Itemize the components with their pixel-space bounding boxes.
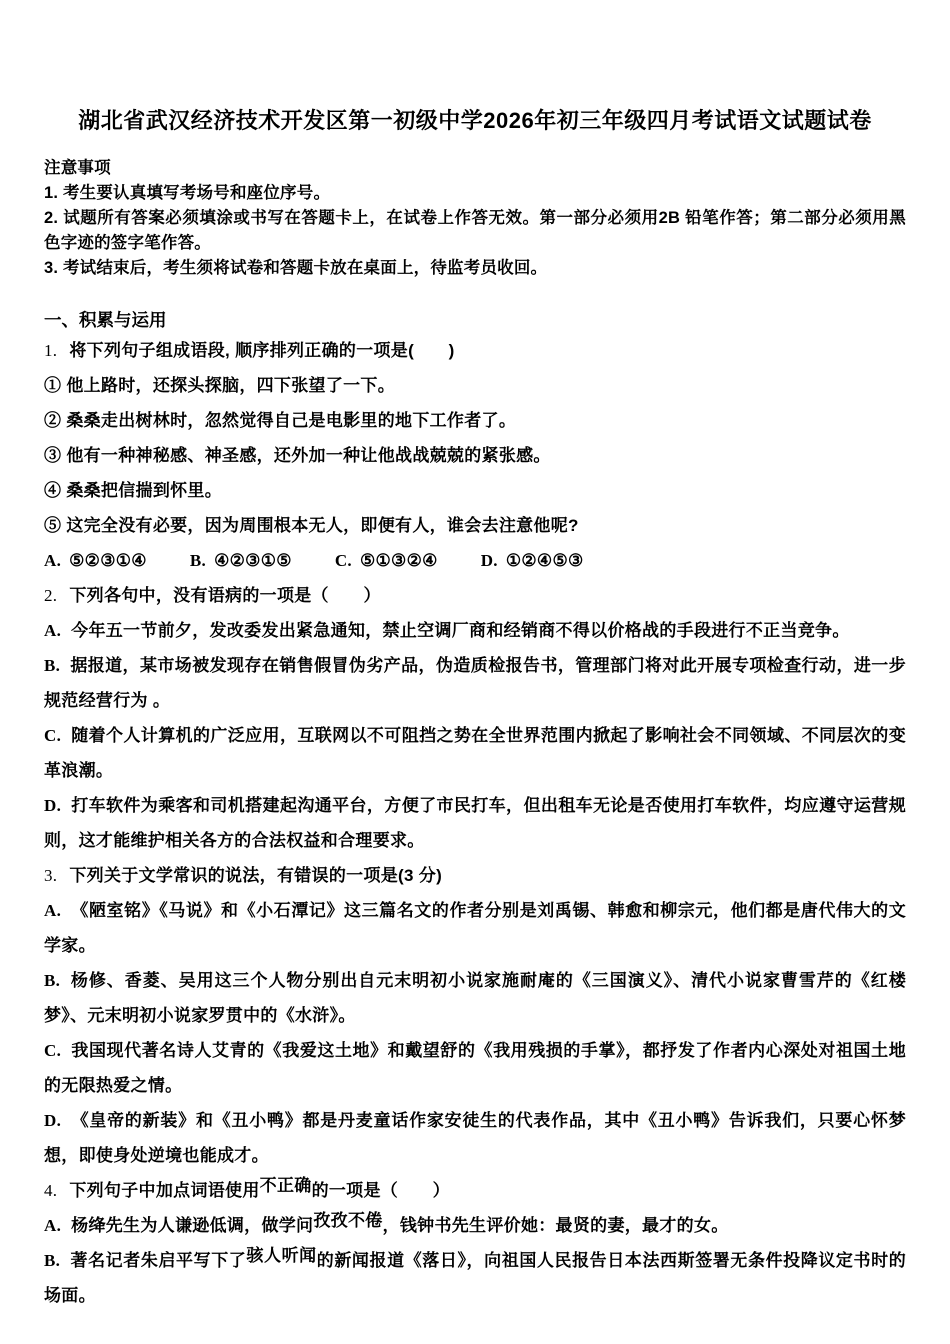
- q3-option-b-label: B.: [44, 971, 60, 990]
- q2-option-d-label: D.: [44, 796, 61, 815]
- q3-option-a-label: A.: [44, 901, 61, 920]
- question-4-stem: 4.下列句子中加点词语使用不正确的一项是（ ）: [44, 1173, 906, 1208]
- q3-option-d-text: 《皇帝的新装》和《丑小鸭》都是丹麦童话作家安徒生的代表作品，其中《丑小鸭》告诉我…: [44, 1111, 906, 1165]
- q1-option-b: B.④②③①⑤: [190, 551, 292, 570]
- question-4-stem-suffix: 的一项是（ ）: [312, 1181, 450, 1200]
- question-3-stem-text: 下列关于文学常识的说法，有错误的一项是(3 分): [69, 866, 442, 885]
- question-1-stem: 1.将下列句子组成语段, 顺序排列正确的一项是( ): [44, 333, 906, 368]
- q3-option-b-text: 杨修、香菱、吴用这三个人物分别出自元末明初小说家施耐庵的《三国演义》、清代小说家…: [44, 971, 906, 1025]
- q3-option-a-text: 《陋室铭》《马说》和《小石潭记》这三篇名文的作者分别是刘禹锡、韩愈和柳宗元，他们…: [44, 901, 906, 955]
- q2-option-b: B.据报道，某市场被发现存在销售假冒伪劣产品，伪造质检报告书，管理部门将对此开展…: [44, 648, 906, 718]
- q4-option-b: B.著名记者朱启平写下了骇人听闻的新闻报道《落日》，向祖国人民报告日本法西斯签署…: [44, 1243, 906, 1313]
- q1-sentence-5: ⑤ 这完全没有必要，因为周围根本无人，即便有人，谁会去注意他呢?: [44, 508, 906, 543]
- q1-option-c-text: ⑤①③②④: [360, 551, 438, 570]
- question-2: 2.下列各句中，没有语病的一项是（ ） A.今年五一节前夕，发改委发出紧急通知，…: [44, 578, 906, 858]
- q2-option-d: D.打车软件为乘客和司机搭建起沟通平台，方便了市民打车，但出租车无论是否使用打车…: [44, 788, 906, 858]
- q1-option-a-text: ⑤②③①④: [69, 551, 147, 570]
- notice-item-2: 2. 试题所有答案必须填涂或书写在答题卡上，在试卷上作答无效。第一部分必须用2B…: [44, 206, 906, 256]
- q1-option-a-label: A.: [44, 551, 61, 570]
- section-heading: 一、积累与运用: [44, 307, 906, 333]
- q1-sentence-1: ① 他上路时，还探头探脑，四下张望了一下。: [44, 368, 906, 403]
- q2-option-c-text: 随着个人计算机的广泛应用，互联网以不可阻挡之势在全世界范围内掀起了影响社会不同领…: [44, 726, 906, 780]
- q3-option-c-label: C.: [44, 1041, 61, 1060]
- q1-options-row: A.⑤②③①④ B.④②③①⑤ C.⑤①③②④ D.①②④⑤③: [44, 543, 906, 578]
- q2-option-a-label: A.: [44, 621, 61, 640]
- q4-option-b-label: B.: [44, 1251, 60, 1270]
- q3-option-d: D.《皇帝的新装》和《丑小鸭》都是丹麦童话作家安徒生的代表作品，其中《丑小鸭》告…: [44, 1103, 906, 1173]
- q2-option-c: C.随着个人计算机的广泛应用，互联网以不可阻挡之势在全世界范围内掀起了影响社会不…: [44, 718, 906, 788]
- q1-sentence-4: ④ 桑桑把信揣到怀里。: [44, 473, 906, 508]
- question-3: 3.下列关于文学常识的说法，有错误的一项是(3 分) A.《陋室铭》《马说》和《…: [44, 858, 906, 1173]
- question-3-stem: 3.下列关于文学常识的说法，有错误的一项是(3 分): [44, 858, 906, 893]
- q2-option-a-text: 今年五一节前夕，发改委发出紧急通知，禁止空调厂商和经销商不得以价格战的手段进行不…: [71, 621, 850, 640]
- question-4: 4.下列句子中加点词语使用不正确的一项是（ ） A.杨绛先生为人谦逊低调，做学问…: [44, 1173, 906, 1313]
- notice-item-3: 3. 考试结束后，考生须将试卷和答题卡放在桌面上，待监考员收回。: [44, 256, 906, 281]
- q1-option-a: A.⑤②③①④: [44, 551, 147, 570]
- q1-option-b-label: B.: [190, 551, 206, 570]
- q4-option-a-label: A.: [44, 1216, 61, 1235]
- question-4-number: 4.: [44, 1181, 57, 1200]
- q1-option-d-text: ①②④⑤③: [506, 551, 584, 570]
- exam-paper-page: 湖北省武汉经济技术开发区第一初级中学2026年初三年级四月考试语文试题试卷 注意…: [0, 0, 950, 1344]
- q1-sentence-3: ③ 他有一种神秘感、神圣感，还外加一种让他战战兢兢的紧张感。: [44, 438, 906, 473]
- question-4-stem-emphasis: 不正确: [260, 1176, 312, 1195]
- q1-option-c-label: C.: [335, 551, 352, 570]
- q2-option-b-label: B.: [44, 656, 60, 675]
- q3-option-a: A.《陋室铭》《马说》和《小石潭记》这三篇名文的作者分别是刘禹锡、韩愈和柳宗元，…: [44, 893, 906, 963]
- q4-option-a-suffix: ，钱钟书先生评价她：最贤的妻，最才的女。: [383, 1216, 729, 1235]
- q3-option-d-label: D.: [44, 1111, 61, 1130]
- q3-option-c: C.我国现代著名诗人艾青的《我爱这土地》和戴望舒的《我用残损的手掌》，都抒发了作…: [44, 1033, 906, 1103]
- q1-option-c: C.⑤①③②④: [335, 551, 438, 570]
- q3-option-c-text: 我国现代著名诗人艾青的《我爱这土地》和戴望舒的《我用残损的手掌》，都抒发了作者内…: [44, 1041, 906, 1095]
- exam-title: 湖北省武汉经济技术开发区第一初级中学2026年初三年级四月考试语文试题试卷: [44, 106, 906, 136]
- question-1-stem-text: 将下列句子组成语段, 顺序排列正确的一项是( ): [69, 341, 454, 360]
- notice-item-1: 1. 考生要认真填写考场号和座位序号。: [44, 181, 906, 206]
- question-2-stem-text: 下列各句中，没有语病的一项是（ ）: [69, 586, 380, 605]
- question-2-stem: 2.下列各句中，没有语病的一项是（ ）: [44, 578, 906, 613]
- q4-option-b-prefix: 著名记者朱启平写下了: [70, 1251, 246, 1270]
- question-2-number: 2.: [44, 586, 57, 605]
- question-4-stem-prefix: 下列句子中加点词语使用: [69, 1181, 259, 1200]
- notice-heading: 注意事项: [44, 156, 906, 181]
- q4-option-b-emphasis: 骇人听闻: [246, 1246, 316, 1265]
- q1-sentence-2: ② 桑桑走出树林时，忽然觉得自己是电影里的地下工作者了。: [44, 403, 906, 438]
- q2-option-b-text: 据报道，某市场被发现存在销售假冒伪劣产品，伪造质检报告书，管理部门将对此开展专项…: [44, 656, 906, 710]
- q2-option-d-text: 打车软件为乘客和司机搭建起沟通平台，方便了市民打车，但出租车无论是否使用打车软件…: [44, 796, 906, 850]
- question-1: 1.将下列句子组成语段, 顺序排列正确的一项是( ) ① 他上路时，还探头探脑，…: [44, 333, 906, 578]
- q4-option-a-emphasis: 孜孜不倦: [313, 1211, 382, 1230]
- q4-option-a-prefix: 杨绛先生为人谦逊低调，做学问: [71, 1216, 313, 1235]
- q1-option-d: D.①②④⑤③: [481, 551, 584, 570]
- q1-option-b-text: ④②③①⑤: [214, 551, 292, 570]
- q4-option-a: A.杨绛先生为人谦逊低调，做学问孜孜不倦，钱钟书先生评价她：最贤的妻，最才的女。: [44, 1208, 906, 1243]
- q2-option-c-label: C.: [44, 726, 61, 745]
- notice-section: 注意事项 1. 考生要认真填写考场号和座位序号。 2. 试题所有答案必须填涂或书…: [44, 156, 906, 281]
- q3-option-b: B.杨修、香菱、吴用这三个人物分别出自元末明初小说家施耐庵的《三国演义》、清代小…: [44, 963, 906, 1033]
- q1-option-d-label: D.: [481, 551, 498, 570]
- question-1-number: 1.: [44, 341, 57, 360]
- question-3-number: 3.: [44, 866, 57, 885]
- q2-option-a: A.今年五一节前夕，发改委发出紧急通知，禁止空调厂商和经销商不得以价格战的手段进…: [44, 613, 906, 648]
